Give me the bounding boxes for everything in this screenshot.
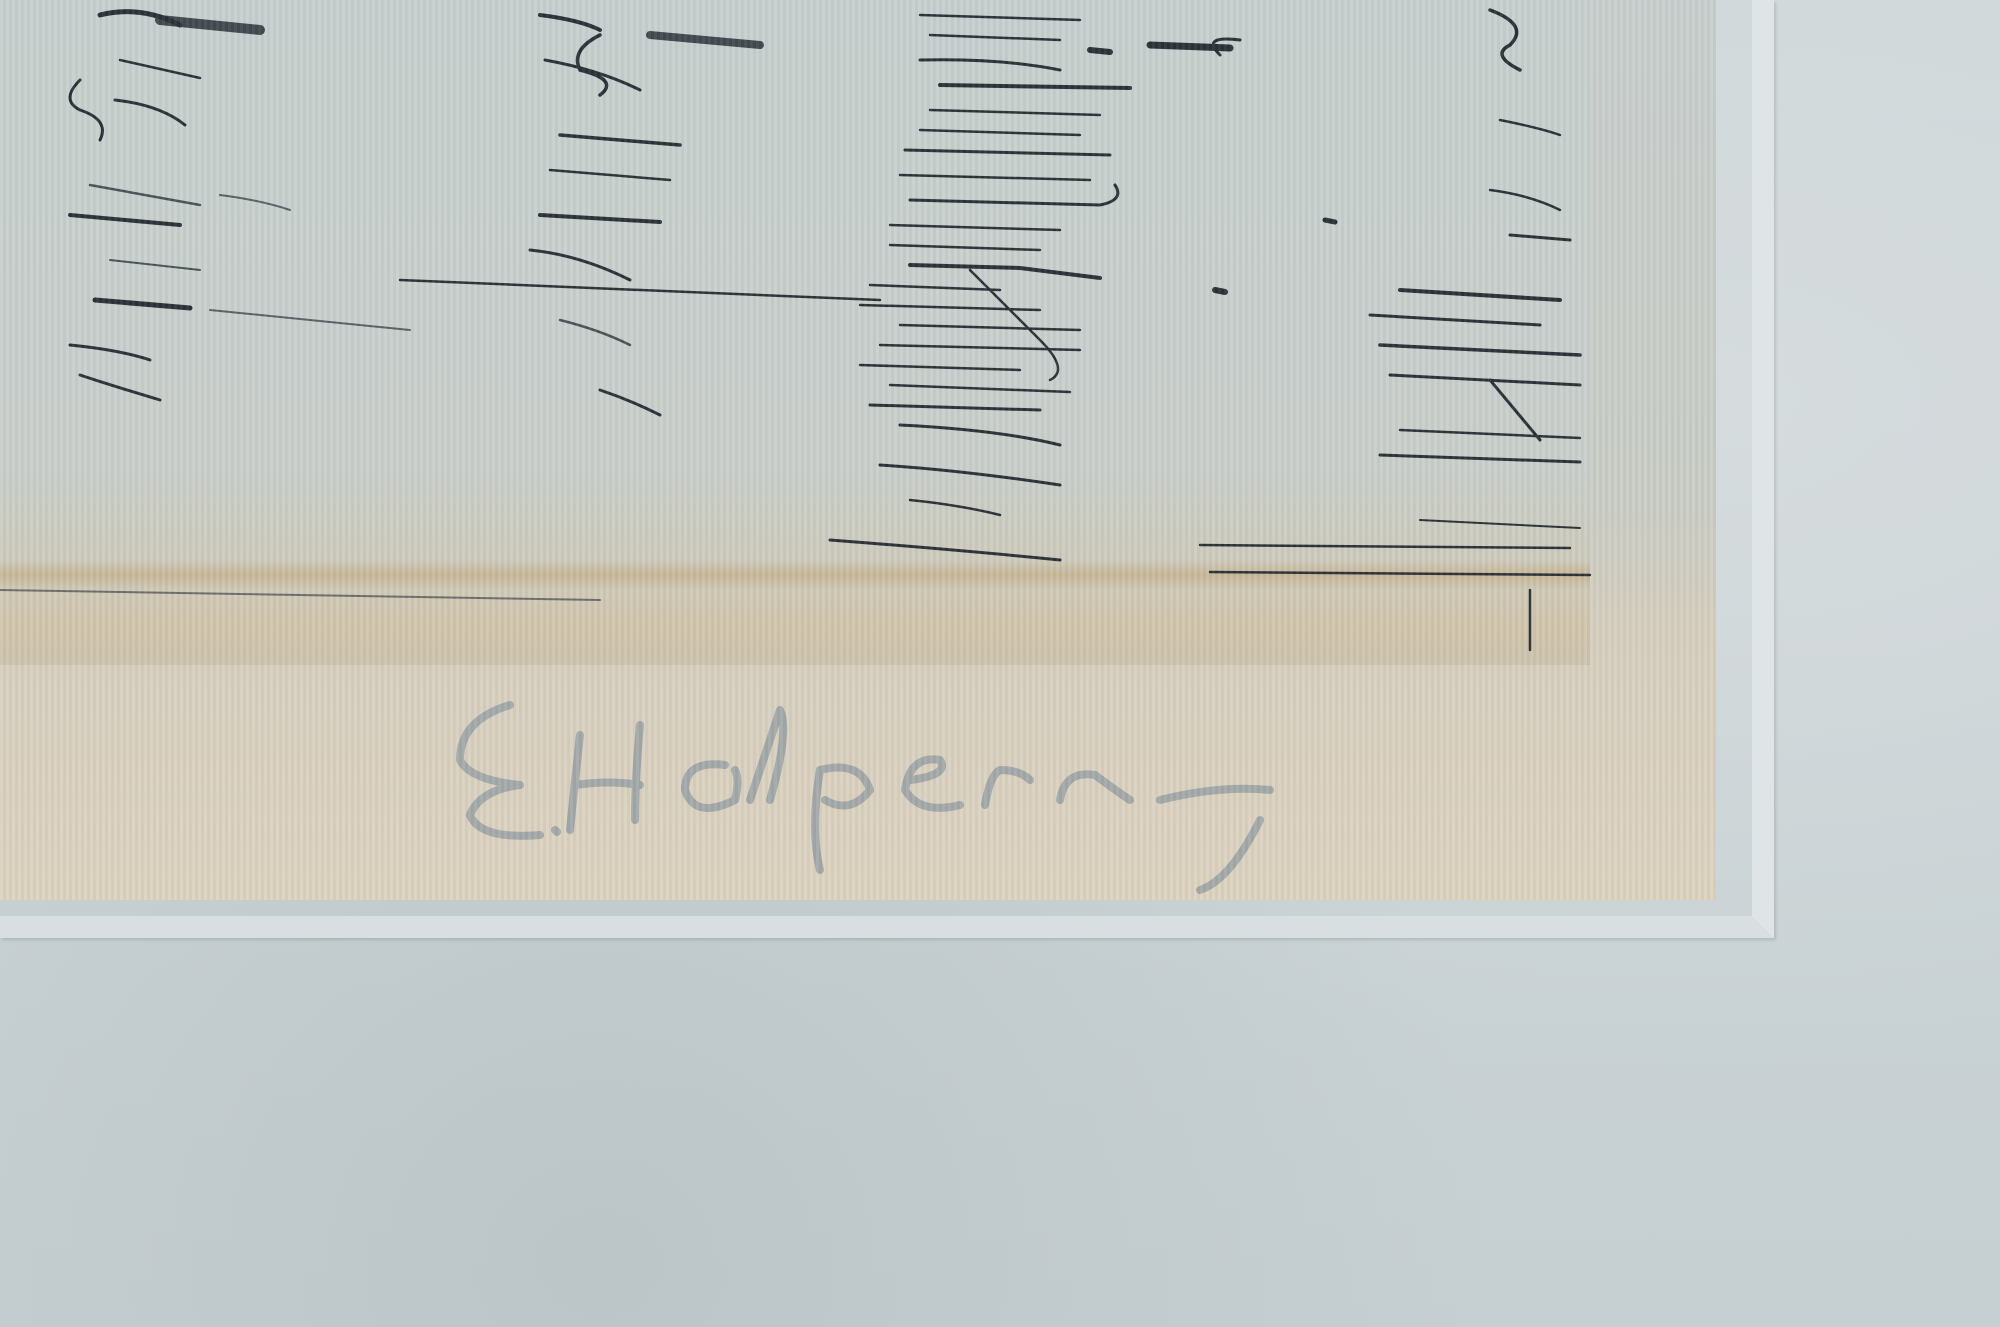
etched-strokes <box>0 0 1716 900</box>
plate-impression <box>0 0 1590 665</box>
plate-edge-tone <box>0 560 1590 590</box>
pencil-signature <box>440 690 1716 900</box>
paper-sheet: E. Halpern <box>0 0 1716 900</box>
